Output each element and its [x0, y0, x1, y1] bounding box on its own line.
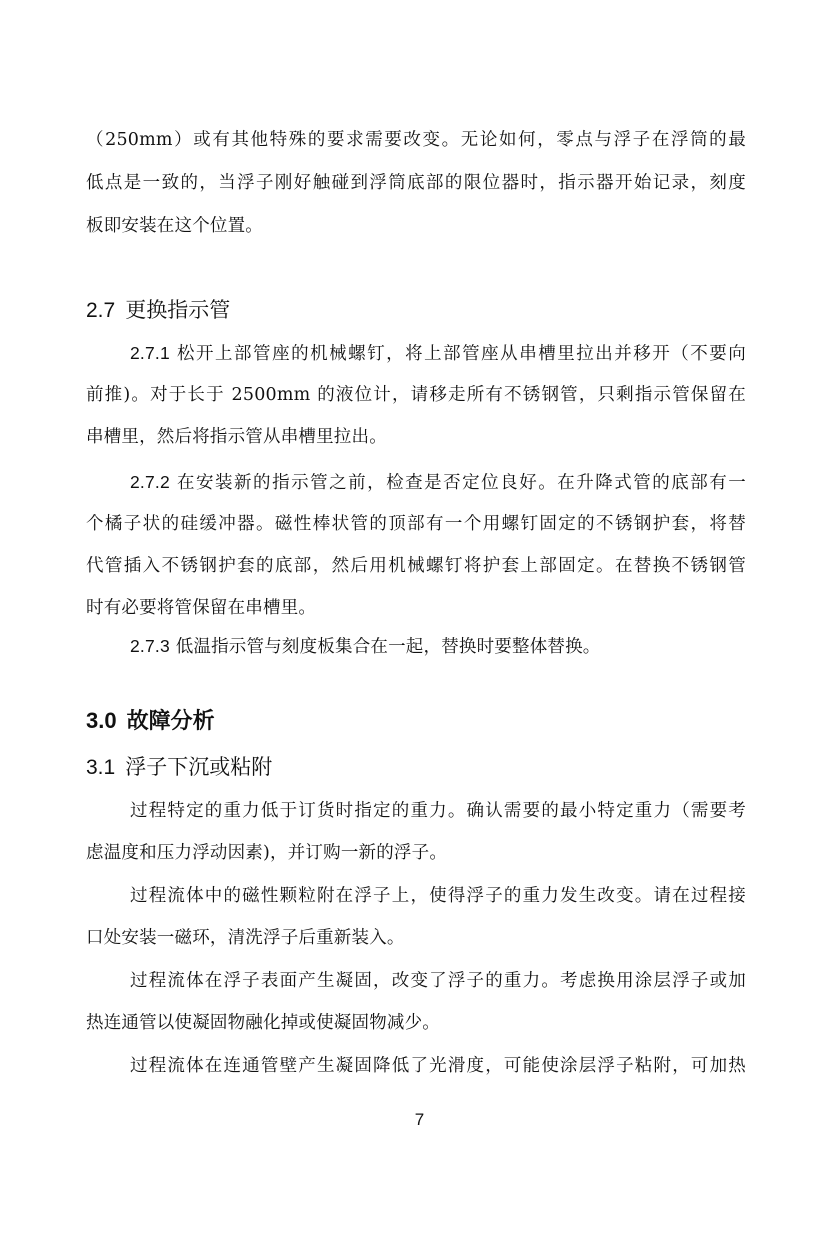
document-page: （250mm）或有其他特殊的要求需要改变。无论如何，零点与浮子在浮筒的最 低点是… [0, 0, 839, 1240]
page-number: 7 [0, 1110, 839, 1130]
item-text: 松开上部管座的机械螺钉，将上部管座从串槽里拉出并移开（不要向 [177, 344, 746, 364]
item-number: 2.7.3 [130, 636, 170, 656]
para-3-line-2: 热连通管以使凝固物融化掉或使凝固物减少。 [86, 1011, 746, 1035]
item-2-7-1-line-2: 前推)。对于长于 2500mm 的液位计，请移走所有不锈钢管，只剩指示管保留在 [86, 383, 746, 407]
item-text: 低温指示管与刻度板集合在一起，替换时要整体替换。 [176, 637, 601, 657]
section-number: 3.0 [86, 708, 117, 733]
item-2-7-2-line-4: 时有必要将管保留在串槽里。 [86, 596, 746, 620]
section-heading-3-0: 3.0故障分析 [86, 707, 215, 735]
section-title: 更换指示管 [125, 298, 230, 322]
para-1-line-1: 过程特定的重力低于订货时指定的重力。确认需要的最小特定重力（需要考 [130, 799, 746, 823]
section-heading-3-1: 3.1浮子下沉或粘附 [86, 753, 272, 782]
item-text: 在安装新的指示管之前，检查是否定位良好。在升降式管的底部有一 [177, 473, 746, 493]
item-2-7-1-line-1: 2.7.1 松开上部管座的机械螺钉，将上部管座从串槽里拉出并移开（不要向 [130, 341, 746, 366]
item-2-7-1-line-3: 串槽里，然后将指示管从串槽里拉出。 [86, 425, 746, 449]
para-2-line-1: 过程流体中的磁性颗粒附在浮子上，使得浮子的重力发生改变。请在过程接 [130, 884, 746, 908]
section-title: 浮子下沉或粘附 [125, 755, 272, 779]
section-title: 故障分析 [127, 708, 215, 734]
item-number: 2.7.2 [130, 472, 170, 492]
item-2-7-2-line-1: 2.7.2 在安装新的指示管之前，检查是否定位良好。在升降式管的底部有一 [130, 470, 746, 495]
intro-line-3: 板即安装在这个位置。 [86, 214, 746, 238]
section-number: 2.7 [86, 299, 115, 322]
item-number: 2.7.1 [130, 343, 170, 363]
intro-line-2: 低点是一致的，当浮子刚好触碰到浮筒底部的限位器时，指示器开始记录，刻度 [86, 171, 746, 195]
para-3-line-1: 过程流体在浮子表面产生凝固，改变了浮子的重力。考虑换用涂层浮子或加 [130, 969, 746, 993]
section-heading-2-7: 2.7更换指示管 [86, 296, 230, 325]
section-number: 3.1 [86, 756, 115, 779]
item-2-7-3-line-1: 2.7.3 低温指示管与刻度板集合在一起，替换时要整体替换。 [130, 634, 746, 659]
intro-line-1: （250mm）或有其他特殊的要求需要改变。无论如何，零点与浮子在浮筒的最 [86, 128, 746, 152]
item-2-7-2-line-2: 个橘子状的硅缓冲器。磁性棒状管的顶部有一个用螺钉固定的不锈钢护套，将替 [86, 512, 746, 536]
para-1-line-2: 虑温度和压力浮动因素)，并订购一新的浮子。 [86, 841, 746, 865]
para-2-line-2: 口处安装一磁环，清洗浮子后重新装入。 [86, 926, 746, 950]
item-2-7-2-line-3: 代管插入不锈钢护套的底部，然后用机械螺钉将护套上部固定。在替换不锈钢管 [86, 554, 746, 578]
para-4-line-1: 过程流体在连通管壁产生凝固降低了光滑度，可能使涂层浮子粘附，可加热 [130, 1054, 746, 1078]
